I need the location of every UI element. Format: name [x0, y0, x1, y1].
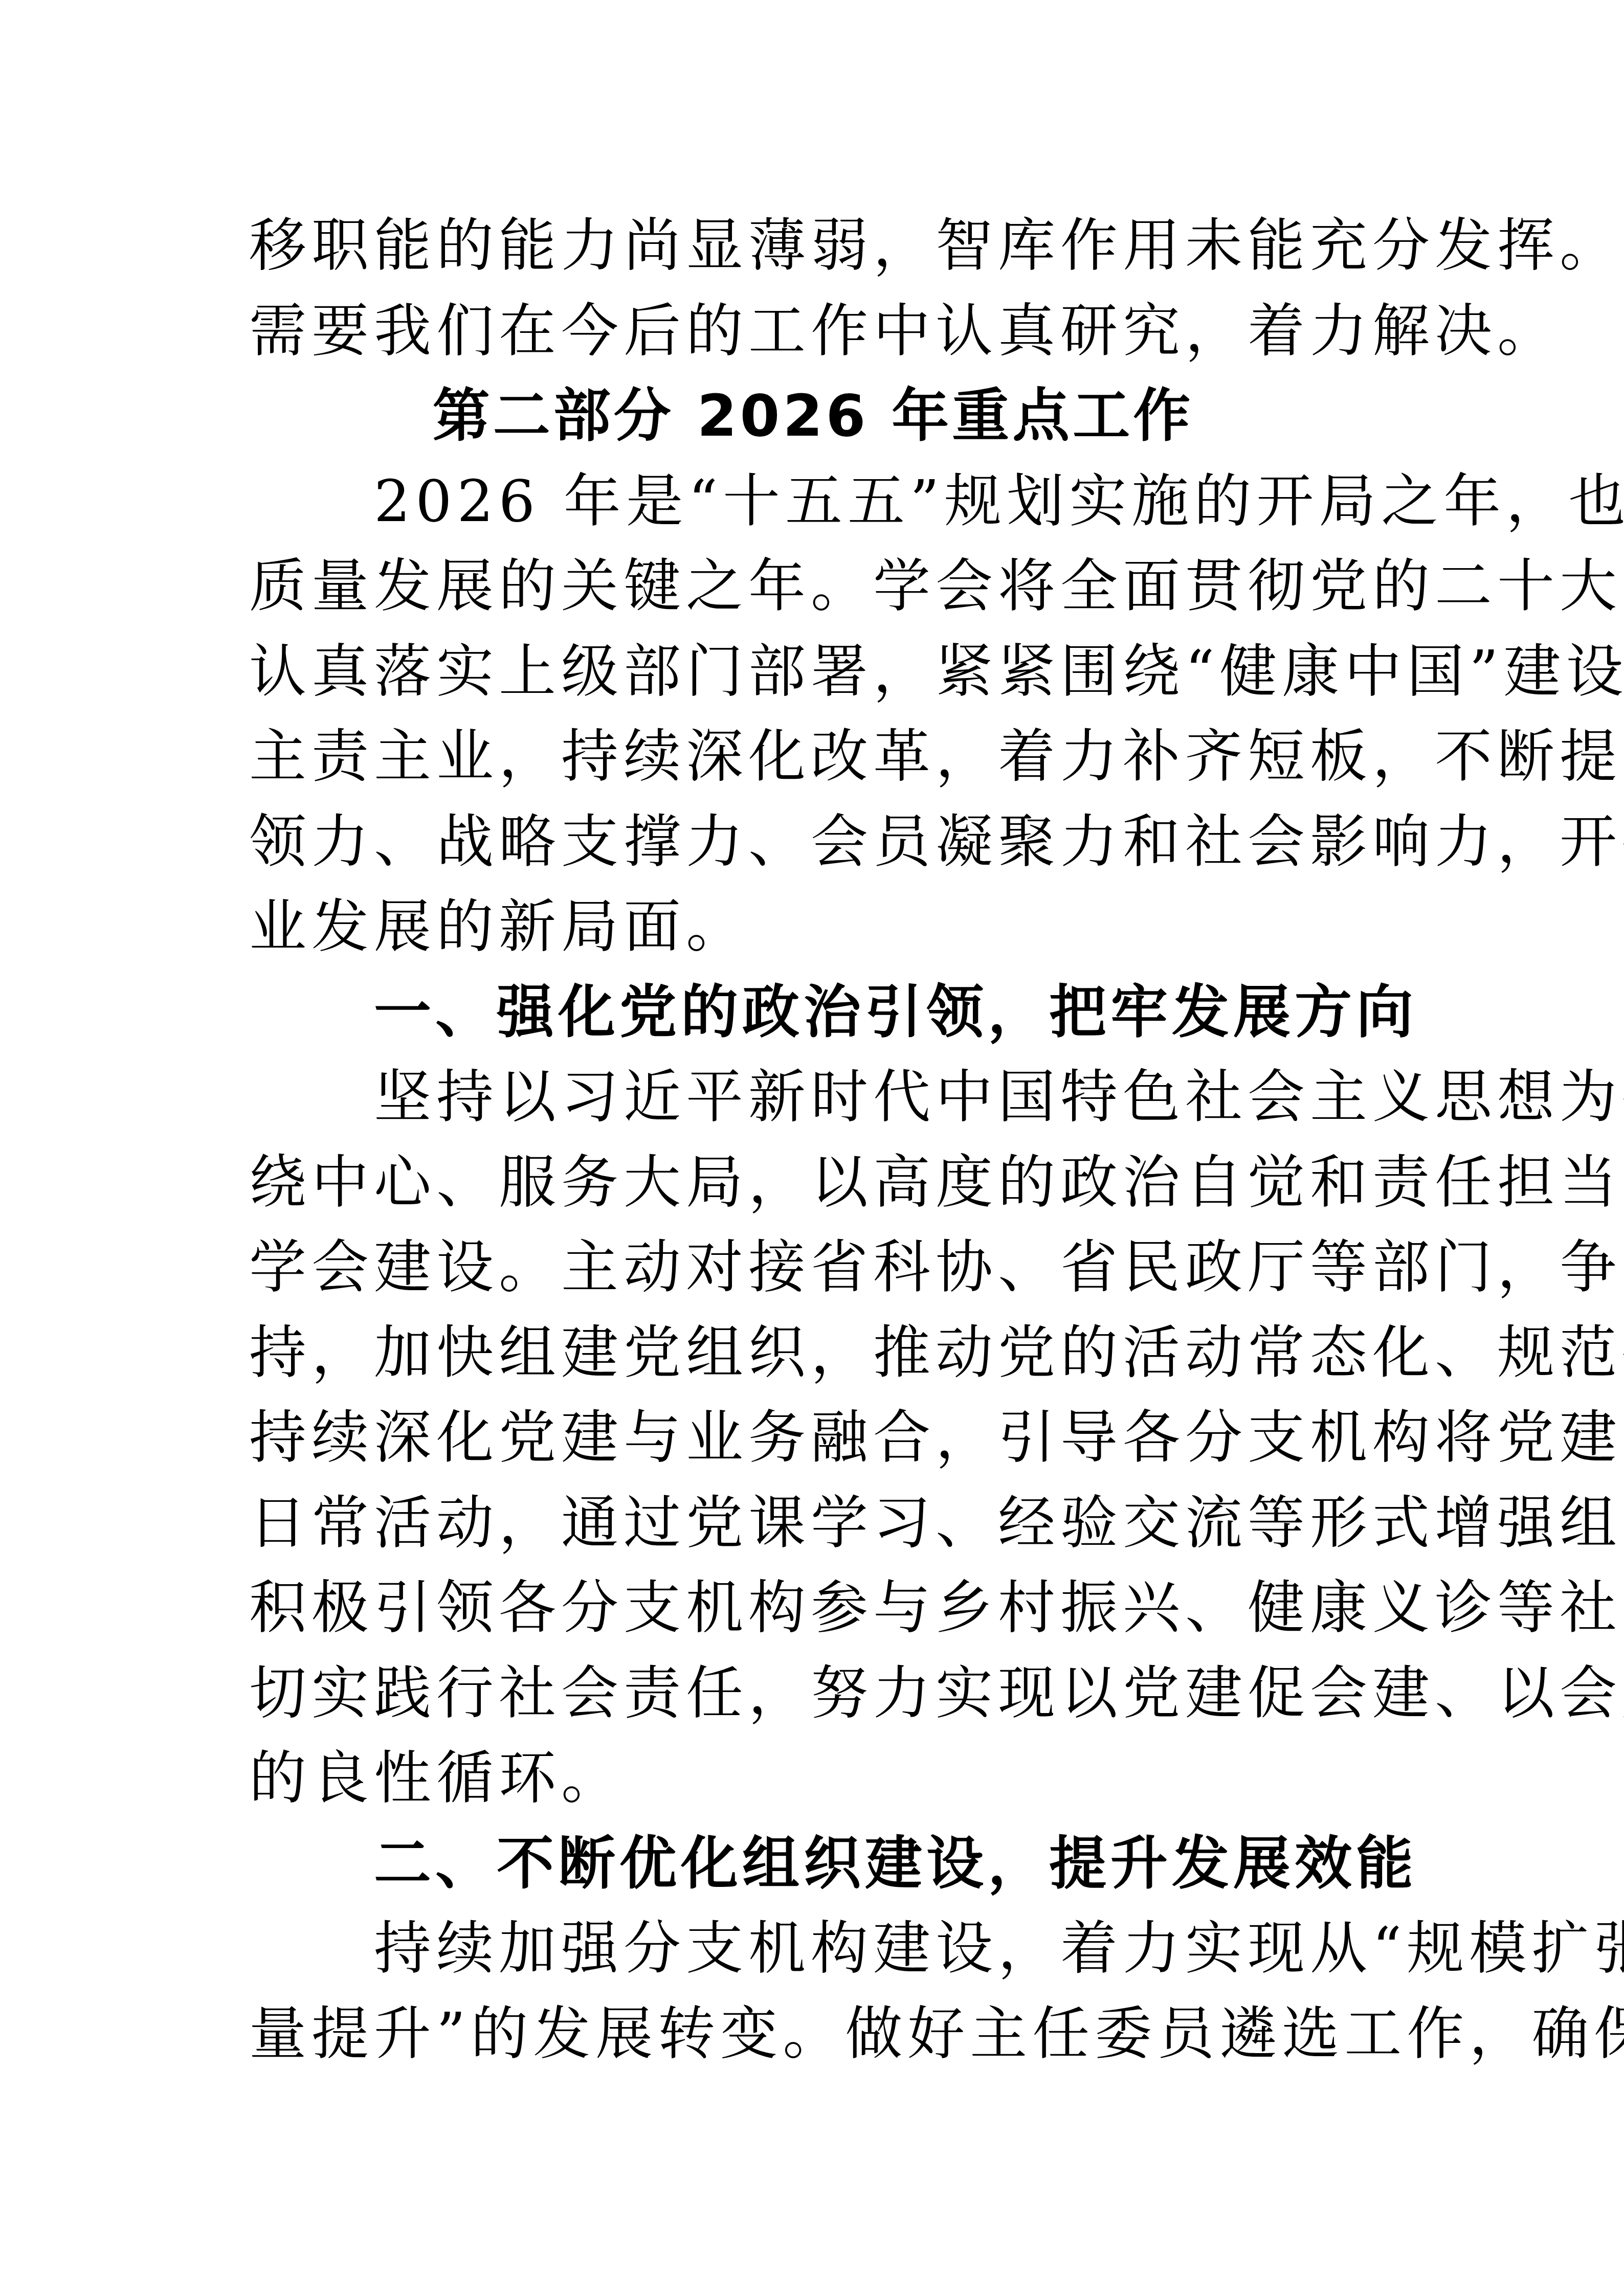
body-line: 的良性循环。 [249, 1736, 1377, 1821]
body-line: 持，加快组建党组织，推动党的活动常态化、规范化开展； [249, 1311, 1377, 1396]
body-line: 2026 年是“十五五”规划实施的开局之年，也是学会高 [249, 459, 1377, 545]
body-line: 主责主业，持续深化改革，着力补齐短板，不断提升学术引 [249, 714, 1377, 800]
section-heading-1: 一、强化党的政治引领，把牢发展方向 [249, 970, 1377, 1055]
body-line: 持续加强分支机构建设，着力实现从“规模扩张”向“质 [249, 1906, 1377, 1992]
document-page: 移职能的能力尚显薄弱，智库作用未能充分发挥。这些问题 需要我们在今后的工作中认真… [249, 204, 1377, 2077]
body-line: 切实践行社会责任，努力实现以党建促会建、以会建强党建 [249, 1651, 1377, 1737]
body-line: 业发展的新局面。 [249, 885, 1377, 970]
body-line: 学会建设。主动对接省科协、省民政厅等部门，争取指导支 [249, 1225, 1377, 1311]
body-line: 坚持以习近平新时代中国特色社会主义思想为指导，围 [249, 1055, 1377, 1140]
body-line: 日常活动，通过党课学习、经验交流等形式增强组织活力； [249, 1481, 1377, 1566]
body-line: 需要我们在今后的工作中认真研究，着力解决。 [249, 289, 1377, 374]
body-line: 积极引领各分支机构参与乡村振兴、健康义诊等社会服务， [249, 1566, 1377, 1651]
body-line: 移职能的能力尚显薄弱，智库作用未能充分发挥。这些问题 [249, 204, 1377, 289]
section-heading-2: 二、不断优化组织建设，提升发展效能 [249, 1821, 1377, 1907]
body-line: 绕中心、服务大局，以高度的政治自觉和责任担当全面推进 [249, 1140, 1377, 1226]
body-line: 持续深化党建与业务融合，引导各分支机构将党建要求融入 [249, 1395, 1377, 1481]
body-line: 认真落实上级部门部署，紧紧围绕“健康中国”建设，聚焦 [249, 629, 1377, 715]
body-line: 质量发展的关键之年。学会将全面贯彻党的二十大会议精神， [249, 544, 1377, 629]
body-line: 量提升”的发展转变。做好主任委员遴选工作，确保分支机 [249, 1992, 1377, 2077]
body-line: 领力、战略支撑力、会员凝聚力和社会影响力，开拓学会事 [249, 800, 1377, 885]
part-title: 第二部分 2026 年重点工作 [249, 374, 1377, 459]
